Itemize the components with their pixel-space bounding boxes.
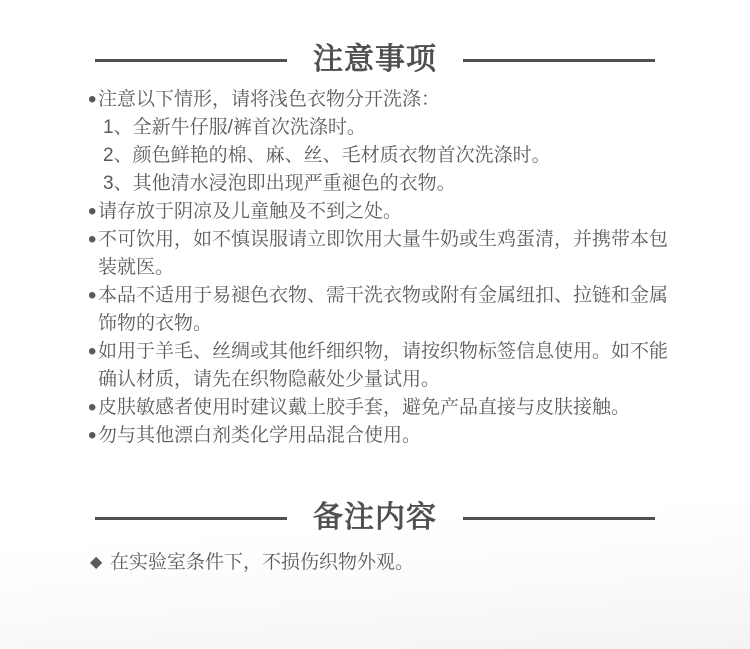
bullet-dot-icon: • [88, 86, 96, 114]
list-item: • 不可饮用，如不慎误服请立即饮用大量牛奶或生鸡蛋清，并携带本包装就医。 [88, 226, 680, 282]
list-item-text: 在实验室条件下，不损伤织物外观。 [110, 552, 414, 573]
notice-section-title: 注意事项 [313, 44, 437, 76]
list-item: • 注意以下情形，请将浅色衣物分开洗涤： 1、全新牛仔服/裤首次洗涤时。 2、颜… [88, 86, 680, 198]
product-detail-page: 注意事项 • 注意以下情形，请将浅色衣物分开洗涤： 1、全新牛仔服/裤首次洗涤时… [0, 0, 750, 649]
title-rule-left [95, 517, 287, 520]
bullet-dot-icon: • [88, 422, 96, 450]
list-item: • 本品不适用于易褪色衣物、需干洗衣物或附有金属纽扣、拉链和金属饰物的衣物。 [88, 282, 680, 338]
numbered-sub-list: 1、全新牛仔服/裤首次洗涤时。 2、颜色鲜艳的棉、麻、丝、毛材质衣物首次洗涤时。… [98, 114, 680, 198]
notice-section-header: 注意事项 [0, 44, 750, 76]
remarks-list: ◆ 在实验室条件下，不损伤织物外观。 [90, 549, 682, 577]
list-item-text: 皮肤敏感者使用时建议戴上胶手套，避免产品直接与皮肤接触。 [98, 397, 630, 418]
title-rule-left [95, 59, 287, 62]
bullet-dot-icon: • [88, 394, 96, 422]
list-item: • 如用于羊毛、丝绸或其他纤细织物，请按织物标签信息使用。如不能确认材质，请先在… [88, 338, 680, 394]
remarks-section-header: 备注内容 [0, 502, 750, 534]
list-item-text: 注意以下情形，请将浅色衣物分开洗涤： [98, 89, 440, 110]
bullet-diamond-icon: ◆ [90, 549, 102, 577]
sub-list-item: 3、其他清水浸泡即出现严重褪色的衣物。 [103, 170, 680, 198]
list-item: • 请存放于阴凉及儿童触及不到之处。 [88, 198, 680, 226]
list-item-text: 如用于羊毛、丝绸或其他纤细织物，请按织物标签信息使用。如不能确认材质，请先在织物… [98, 341, 668, 390]
remarks-section-title: 备注内容 [313, 502, 437, 534]
list-item: • 皮肤敏感者使用时建议戴上胶手套，避免产品直接与皮肤接触。 [88, 394, 680, 422]
list-item: • 勿与其他漂白剂类化学用品混合使用。 [88, 422, 680, 450]
title-rule-right [463, 517, 655, 520]
list-item-text: 不可饮用，如不慎误服请立即饮用大量牛奶或生鸡蛋清，并携带本包装就医。 [98, 229, 668, 278]
sub-list-item: 2、颜色鲜艳的棉、麻、丝、毛材质衣物首次洗涤时。 [103, 142, 680, 170]
sub-list-item: 1、全新牛仔服/裤首次洗涤时。 [103, 114, 680, 142]
notice-list: • 注意以下情形，请将浅色衣物分开洗涤： 1、全新牛仔服/裤首次洗涤时。 2、颜… [88, 86, 680, 450]
bullet-dot-icon: • [88, 338, 96, 366]
title-rule-right [463, 59, 655, 62]
list-item-text: 勿与其他漂白剂类化学用品混合使用。 [98, 425, 421, 446]
list-item: ◆ 在实验室条件下，不损伤织物外观。 [90, 549, 682, 577]
list-item-text: 本品不适用于易褪色衣物、需干洗衣物或附有金属纽扣、拉链和金属饰物的衣物。 [98, 285, 668, 334]
bullet-dot-icon: • [88, 198, 96, 226]
bullet-dot-icon: • [88, 282, 96, 310]
bullet-dot-icon: • [88, 226, 96, 254]
list-item-text: 请存放于阴凉及儿童触及不到之处。 [98, 201, 402, 222]
